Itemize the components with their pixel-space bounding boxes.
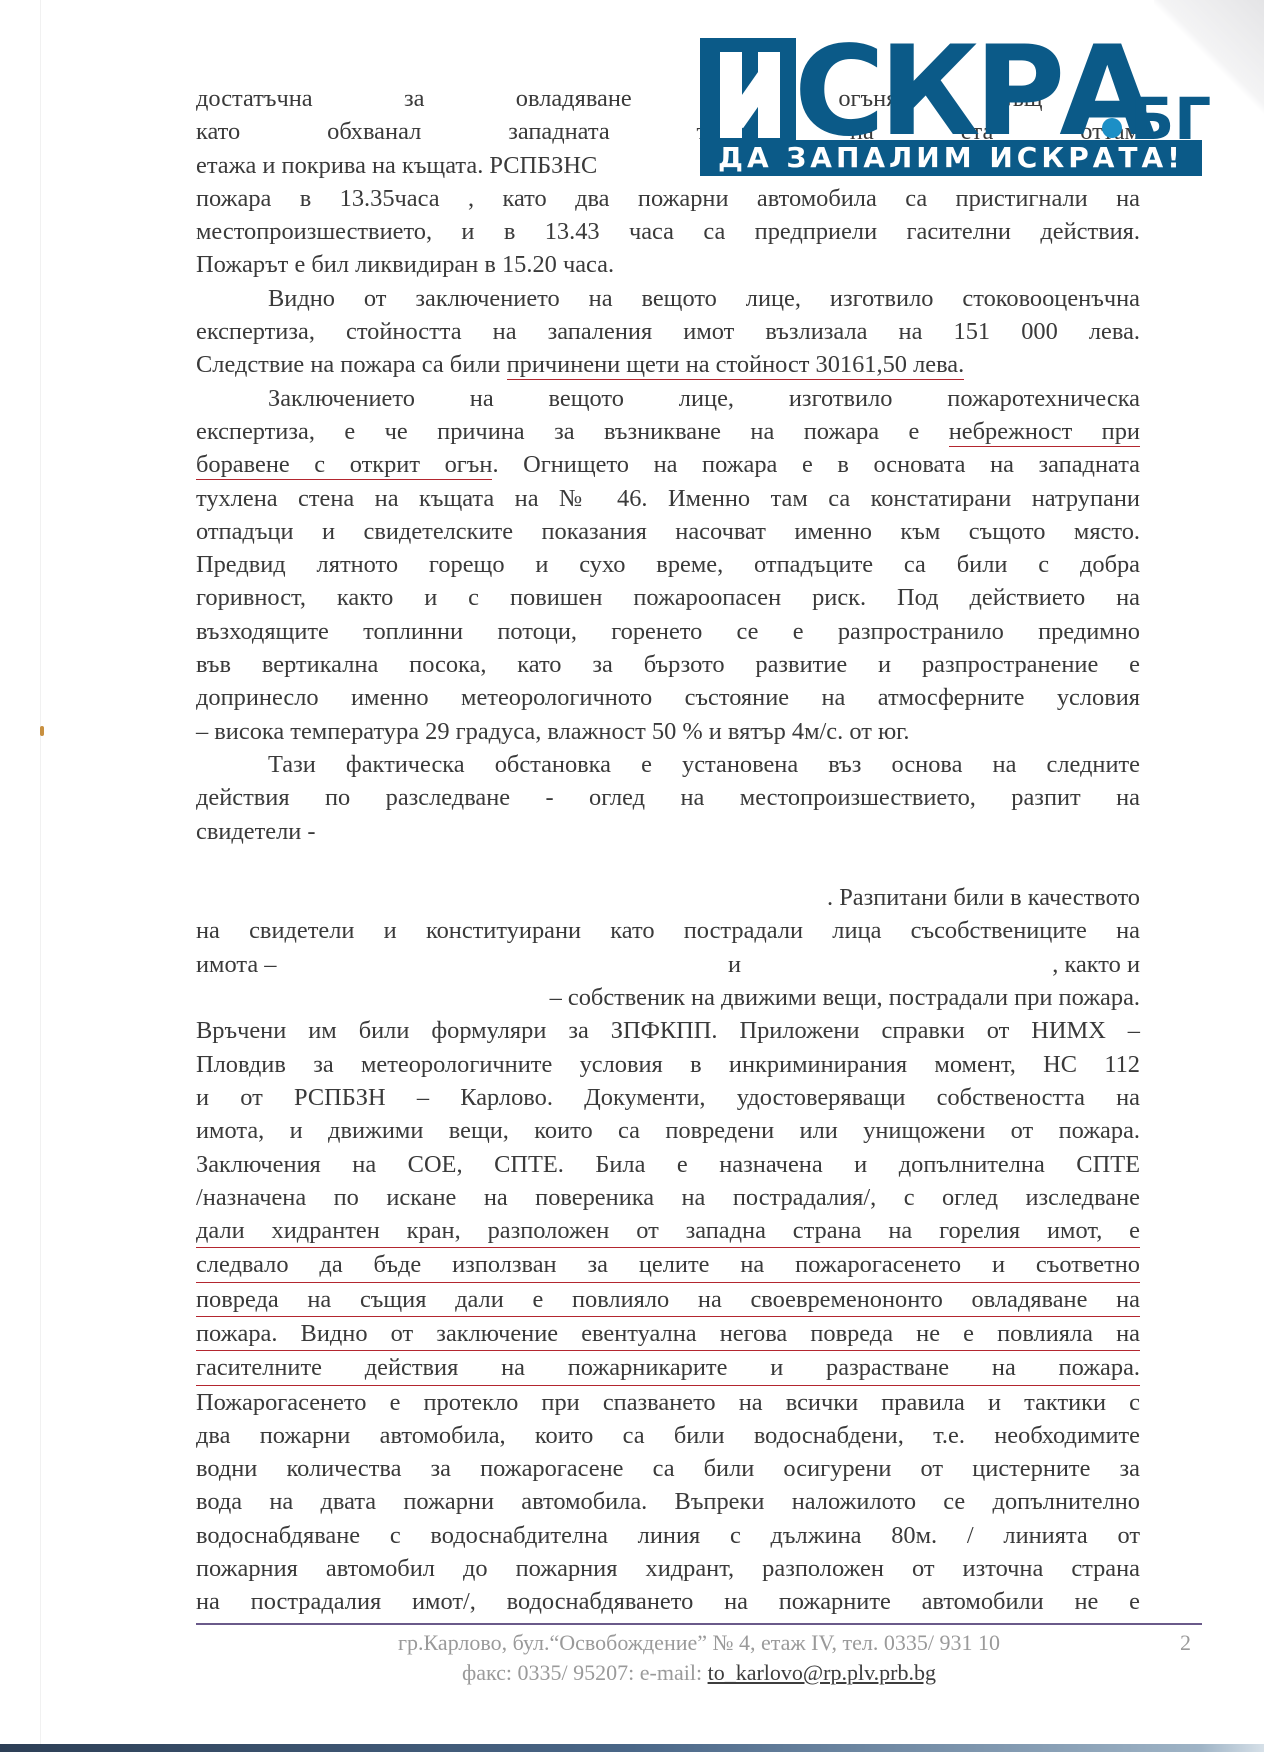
- text-fragment: и: [728, 948, 741, 981]
- text-line: два пожарни автомобила, които са били во…: [196, 1419, 1140, 1452]
- text-fragment: Следствие на пожара са били: [196, 351, 507, 378]
- text-line: Тази фактическа обстановка е установена …: [196, 748, 1140, 781]
- text-line: водни количества за пожарогасене са били…: [196, 1452, 1140, 1485]
- text-line: Следствие на пожара са били причинени ще…: [196, 348, 1140, 381]
- underlined-cause: небрежност при: [949, 418, 1140, 447]
- text-line: – собственик на движими вещи, пострадали…: [196, 981, 1140, 1014]
- text-line: имота –и, както и: [196, 948, 1140, 981]
- text-line: водоснабдяване с водоснабдителна линия с…: [196, 1519, 1140, 1552]
- text-line: на свидетели и конституирани като постра…: [196, 914, 1140, 947]
- logo-dot-icon: [1102, 118, 1122, 138]
- underlined-damages: причинени щети на стойност 30161,50 лева…: [507, 351, 965, 380]
- footer-divider: [196, 1623, 1202, 1625]
- text-line: пожарния автомобил до пожарния хидрант, …: [196, 1552, 1140, 1585]
- text-fragment: експертиза, е че причина за възникване н…: [196, 418, 949, 445]
- underlined-line: гасителните действия на пожарникарите и …: [196, 1351, 1140, 1385]
- logo-i-mark-icon: [700, 38, 796, 146]
- text-line: експертиза, е че причина за възникване н…: [196, 415, 1140, 448]
- underlined-line: повреда на същия дали е повлияло на свое…: [196, 1283, 1140, 1317]
- redacted-line: [196, 848, 1140, 881]
- logo-wordmark: [700, 38, 796, 146]
- document-body: достатъчна за овладяване на огъня. Същ ,…: [196, 82, 1140, 1619]
- footer-contact: факс: 0335/ 95207: e-mail: to_karlovo@rp…: [196, 1658, 1202, 1688]
- text-line: пожара в 13.35часа , като два пожарни ав…: [196, 182, 1140, 215]
- text-line: свидетели -: [196, 815, 1140, 848]
- footer-fax: факс: 0335/ 95207: e-mail:: [462, 1660, 708, 1685]
- iskra-logo-watermark: СКРА БГ ДА ЗАПАЛИМ ИСКРАТА!: [700, 38, 1230, 178]
- text-line: Видно от заключението на вещото лице, из…: [196, 282, 1140, 315]
- text-line: във вертикална посока, като за бързото р…: [196, 648, 1140, 681]
- text-line: отпадъци и свидетелските показания насоч…: [196, 515, 1140, 548]
- underlined-line: дали хидрантен кран, разположен от запад…: [196, 1214, 1140, 1248]
- page-number: 2: [1180, 1628, 1191, 1658]
- text-line: – висока температура 29 градуса, влажнос…: [196, 715, 1140, 748]
- underlined-line: пожара. Видно от заключение евентуална н…: [196, 1317, 1140, 1351]
- text-line: и от РСПБЗН – Карлово. Документи, удосто…: [196, 1081, 1140, 1114]
- footer-address: гр.Карлово, бул.“Освобождение” № 4, етаж…: [196, 1628, 1202, 1658]
- underlined-line: следвало да бъде използван за целите на …: [196, 1248, 1140, 1282]
- text-line: Пожарогасенето е протекло при спазването…: [196, 1386, 1140, 1419]
- text-line: боравене с открит огън. Огнището на пожа…: [196, 448, 1140, 481]
- logo-slogan: ДА ЗАПАЛИМ ИСКРАТА!: [700, 140, 1202, 176]
- text-line: Връчени им били формуляри за ЗПФКПП. При…: [196, 1014, 1140, 1047]
- text-line: вода на двата пожарни автомобила. Въпрек…: [196, 1485, 1140, 1518]
- text-line: /назначена по искане на повереника на по…: [196, 1181, 1140, 1214]
- text-fragment: . Огнището на пожара е в основата на зап…: [492, 451, 1140, 478]
- text-line: Предвид лятното горещо и сухо време, отп…: [196, 548, 1140, 581]
- text-line: Пожарът е бил ликвидиран в 15.20 часа.: [196, 248, 1140, 281]
- footer: гр.Карлово, бул.“Освобождение” № 4, етаж…: [196, 1628, 1202, 1688]
- text-line: действия по разследване - оглед на место…: [196, 781, 1140, 814]
- text-line: тухлена стена на къщата на № 46. Именно …: [196, 482, 1140, 515]
- text-line: на пострадалия имот/, водоснабдяването н…: [196, 1585, 1140, 1618]
- text-line: Пловдив за метеорологичните условия в ин…: [196, 1048, 1140, 1081]
- text-line: . Разпитани били в качеството: [196, 881, 1140, 914]
- text-fragment: , както и: [1052, 948, 1140, 981]
- ink-mark: [40, 726, 44, 736]
- text-line: имота, и движими вещи, които са повреден…: [196, 1114, 1140, 1147]
- text-line: горивност, както и с повишен пожароопасе…: [196, 581, 1140, 614]
- text-line: допринесло именно метеорологичното състо…: [196, 681, 1140, 714]
- scan-bottom-edge: [0, 1744, 1264, 1752]
- underlined-cause-cont: боравене с открит огън: [196, 451, 492, 480]
- text-line: експертиза, стойността на запаления имот…: [196, 315, 1140, 348]
- text-line: възходящите топлинни потоци, горенето се…: [196, 615, 1140, 648]
- text-line: местопроизшествието, и в 13.43 часа са п…: [196, 215, 1140, 248]
- logo-word: СКРА: [794, 38, 1149, 146]
- text-fragment: имота –: [196, 951, 276, 978]
- footer-email-link[interactable]: to_karlovo@rp.plv.prb.bg: [708, 1660, 936, 1685]
- text-line: Заключението на вещото лице, изготвило п…: [196, 382, 1140, 415]
- scan-margin-line: [40, 0, 41, 1744]
- text-line: Заключения на СОЕ, СПТЕ. Била е назначен…: [196, 1148, 1140, 1181]
